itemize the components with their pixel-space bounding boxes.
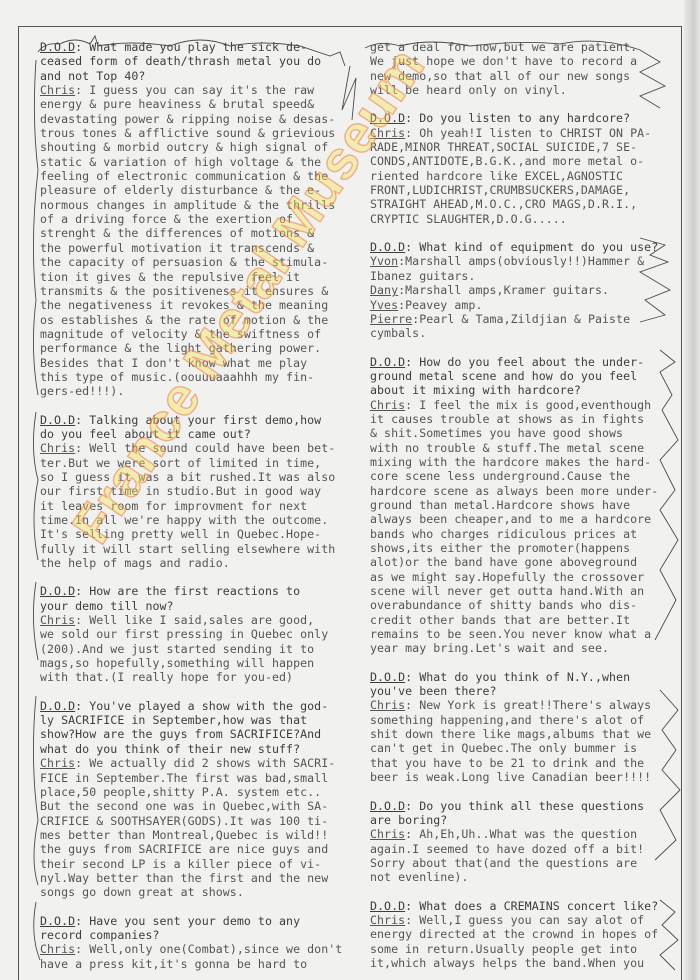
answer-line: have a press kit,it's gonna be hard to [40,957,358,971]
question-line: D.O.D: What does a CREMAINS concert like… [370,899,680,913]
answer-text: energy directed at the crownd in hopes o… [370,927,658,941]
question-text: : How do you feel about the under- [405,355,644,369]
question-text: : What kind of equipment do you use? [405,240,658,254]
right-column: get a deal for now,but we are patient.We… [370,40,680,980]
question-line: ceased form of death/thrash metal you do [40,54,358,68]
answer-line: Chris: Well like I said,sales are good, [40,613,358,627]
question-line: show?How are the guys from SACRIFICE?And [40,727,358,741]
answer-line: credit other bands that are better.It [370,613,680,627]
answer-text: the negativeness it revokes & the meanin… [40,298,328,312]
answer-text: transmits & the positiveness it ensures … [40,284,328,298]
answer-line: with no trouble & stuff.The metal scene [370,441,680,455]
answer-line: shows,its either the promoter(happens [370,541,680,555]
speaker-label: Yvon [370,254,398,268]
answer-line: CONDS,ANTIDOTE,B.G.K.,and more metal o- [370,154,680,168]
answer-text: Sorry about that(and the questions are [370,856,637,870]
answer-line: pleasure of elderly disturbance & the e- [40,183,358,197]
answer-text: : New York is great!!There's always [405,698,651,712]
answer-line: STRAIGHT AHEAD,M.O.C.,CRO MAGS,D.R.I., [370,197,680,211]
answer-text: have a press kit,it's gonna be hard to [40,957,307,971]
answer-text: core scene less underground.Cause the [370,469,630,483]
answer-text: year may bring.Let's wait and see. [370,641,609,655]
answer-line: always been cheaper,and to me a hardcore [370,512,680,526]
answer-text: CRIFICE & SOOTHSAYER(GODS).It was 100 ti… [40,814,328,828]
answer-text: : Oh yeah!I listen to CHRIST ON PA- [405,126,651,140]
answer-line: the guys from SACRIFICE are nice guys an… [40,842,358,856]
answer-text: again.I seemed to have dozed off a bit! [370,842,644,856]
answer-text: magnitude of velocity & the swiftness of [40,327,321,341]
question-text: : Do you think all these questions [405,799,644,813]
question-text: : How are the first reactions to [75,584,300,598]
speaker-label: Chris [40,756,75,770]
question-line: D.O.D: Do you think all these questions [370,799,680,813]
answer-line: the help of mags and radio. [40,556,358,570]
answer-text: new demo,so that all of our new songs [370,69,630,83]
answer-text: hardcore scene as always been more under… [370,484,658,498]
answer-line: get a deal for now,but we are patient. [370,40,680,54]
answer-line: as we might say.Hopefully the crossover [370,570,680,584]
question-text: : You've played a show with the god- [75,699,328,713]
speaker-label: Chris [40,441,75,455]
answer-text: : Well,I guess you can say alot of [405,913,644,927]
question-line: your demo till now? [40,599,358,613]
question-text: and not Top 40? [40,69,145,83]
question-text: show?How are the guys from SACRIFICE?And [40,727,321,741]
question-text: your demo till now? [40,599,174,613]
question-text: : What made you play the sick de- [75,40,307,54]
interview-block: D.O.D: Have you sent your demo to anyrec… [40,914,358,971]
answer-line: CRYPTIC SLAUGHTER,D.O.G..... [370,212,680,226]
answer-text: the guys from SACRIFICE are nice guys an… [40,842,328,856]
answer-text: & shit.Sometimes you have good shows [370,426,623,440]
question-line: are boring? [370,813,680,827]
question-line: ground metal scene and how do you feel [370,369,680,383]
answer-text: place,50 people,shitty P.A. system etc.. [40,785,321,799]
answer-line: Chris: Well,only one(Combat),since we do… [40,942,358,956]
speaker-label: D.O.D [40,584,75,598]
speaker-label: D.O.D [370,240,405,254]
answer-line: Chris: Ah,Eh,Uh..What was the question [370,827,680,841]
answer-text: devastating power & ripping noise & desa… [40,112,335,126]
answer-line: Chris: Oh yeah!I listen to CHRIST ON PA- [370,126,680,140]
answer-text: CONDS,ANTIDOTE,B.G.K.,and more metal o- [370,154,644,168]
answer-line: static & variation of high voltage & the [40,155,358,169]
answer-line: ter.But we were sort of limited in time, [40,456,358,470]
answer-text: their second LP is a killer piece of vi- [40,857,321,871]
answer-line: the negativeness it revokes & the meanin… [40,298,358,312]
answer-line: core scene less underground.Cause the [370,469,680,483]
answer-text: something happening,and there's alot of [370,713,644,727]
answer-line: But the second one was in Quebec,with SA… [40,799,358,813]
answer-line: magnitude of velocity & the swiftness of [40,327,358,341]
answer-text: :Marshall amps,Kramer guitars. [398,283,609,297]
answer-line: it causes trouble at shows as in fights [370,412,680,426]
answer-text: : I guess you can say it's the raw [75,83,314,97]
speaker-label: Chris [370,698,405,712]
answer-text: so I guess it was a bit rushed.It was al… [40,470,335,484]
answer-text: mixing with the hardcore makes the hard- [370,455,651,469]
answer-line: we sold our first pressing in Quebec onl… [40,627,358,641]
speaker-label: D.O.D [370,355,405,369]
answer-text: : Ah,Eh,Uh..What was the question [405,827,637,841]
answer-line: energy directed at the crownd in hopes o… [370,927,680,941]
question-line: record companies? [40,928,358,942]
answer-text: It's selling pretty well in Quebec.Hope- [40,527,321,541]
answer-text: gers-ed!!!). [40,384,124,398]
answer-line: FRONT,LUDICHRIST,CRUMBSUCKERS,DAMAGE, [370,183,680,197]
answer-line: this type of music.(oouuuaaahhh my fin- [40,370,358,384]
question-line: D.O.D: How do you feel about the under- [370,355,680,369]
answer-text: songs go down great at shows. [40,885,244,899]
speaker-label: D.O.D [40,413,75,427]
answer-text: CRYPTIC SLAUGHTER,D.O.G..... [370,212,567,226]
page-edge-shadow [684,0,700,980]
answer-line: something happening,and there's alot of [370,713,680,727]
speaker-label: Chris [40,83,75,97]
speaker-label: D.O.D [370,799,405,813]
answer-text: scene will never get outta hand.With an [370,584,644,598]
answer-text: : Well like I said,sales are good, [75,613,314,627]
answer-text: : We actually did 2 shows with SACRI- [75,756,335,770]
answer-text: of a driving force & the exertion of [40,212,293,226]
question-line: ly SACRIFICE in September,how was that [40,713,358,727]
answer-text: with no trouble & stuff.The metal scene [370,441,644,455]
answer-text: cymbals. [370,326,426,340]
speaker-label: Chris [370,398,405,412]
speaker-label: Chris [40,613,75,627]
speaker-label: Pierre [370,312,412,326]
answer-text: can't get in Quebec.The only bummer is [370,741,637,755]
interview-block: D.O.D: What do you think of N.Y.,whenyou… [370,670,680,785]
answer-line: so I guess it was a bit rushed.It was al… [40,470,358,484]
answer-text: ter.But we were sort of limited in time, [40,456,321,470]
interview-block: D.O.D: How do you feel about the under-g… [370,355,680,656]
speaker-label: Chris [370,126,405,140]
answer-text: FICE in September.The first was bad,smal… [40,771,328,785]
question-text: you've been there? [370,684,497,698]
answer-text: always been cheaper,and to me a hardcore [370,512,651,526]
answer-text: this type of music.(oouuuaaahhh my fin- [40,370,314,384]
answer-text: We just hope we don't have to record a [370,54,637,68]
answer-text: : Well the sound could have been bet- [75,441,335,455]
speaker-label: D.O.D [40,914,75,928]
left-column: D.O.D: What made you play the sick de-ce… [40,40,358,980]
interview-block: D.O.D: How are the first reactions toyou… [40,584,358,684]
answer-line: Yves:Peavey amp. [370,298,680,312]
interview-block: D.O.D: Talking about your first demo,how… [40,413,358,571]
interview-block: D.O.D: Do you listen to any hardcore?Chr… [370,111,680,226]
answer-line: FICE in September.The first was bad,smal… [40,771,358,785]
question-line: D.O.D: Do you listen to any hardcore? [370,111,680,125]
answer-text: shows,its either the promoter(happens [370,541,630,555]
answer-text: not evenline). [370,870,468,884]
answer-line: transmits & the positiveness it ensures … [40,284,358,298]
answer-line: Chris: Well,I guess you can say alot of [370,913,680,927]
answer-line: alot)or the band have gone aboveground [370,555,680,569]
question-text: : Talking about your first demo,how [75,413,321,427]
answer-line: Pierre:Pearl & Tama,Zildjian & Paiste [370,312,680,326]
answer-line: Chris: We actually did 2 shows with SACR… [40,756,358,770]
answer-text: RADE,MINOR THREAT,SOCIAL SUICIDE,7 SE- [370,140,637,154]
answer-line: RADE,MINOR THREAT,SOCIAL SUICIDE,7 SE- [370,140,680,154]
answer-text: alot)or the band have gone aboveground [370,555,637,569]
answer-line: shit down there like mags,albums that we [370,727,680,741]
question-line: D.O.D: What do you think of N.Y.,when [370,670,680,684]
answer-text: shouting & morbid outcry & high signal o… [40,140,328,154]
answer-line: mixing with the hardcore makes the hard- [370,455,680,469]
answer-line: Chris: Well the sound could have been be… [40,441,358,455]
answer-line: it leaves room for improvment for next [40,499,358,513]
answer-line: some in return.Usually people get into [370,942,680,956]
answer-line: energy & pure heaviness & brutal speed& [40,97,358,111]
answer-line: CRIFICE & SOOTHSAYER(GODS).It was 100 ti… [40,814,358,828]
answer-line: not evenline). [370,870,680,884]
question-line: do you feel about it came out? [40,427,358,441]
answer-line: strenght & the differences of motions & [40,226,358,240]
answer-text: remains to be seen.You never know what a [370,627,651,641]
answer-text: it causes trouble at shows as in fights [370,412,644,426]
answer-text: (200).And we just started sending it to [40,642,314,656]
answer-text: the capacity of persuasion & the stimula… [40,255,328,269]
answer-line: cymbals. [370,326,680,340]
answer-text: our first time in studio.But in good way [40,484,321,498]
answer-line: fully it will start selling elsewhere wi… [40,542,358,556]
question-line: D.O.D: What kind of equipment do you use… [370,240,680,254]
answer-text: feeling of electronic communication & th… [40,169,328,183]
answer-line: songs go down great at shows. [40,885,358,899]
question-text: are boring? [370,813,447,827]
question-line: and not Top 40? [40,69,358,83]
answer-line: beer is weak.Long live Canadian beer!!!! [370,770,680,784]
answer-line: gers-ed!!!). [40,384,358,398]
answer-text: : I feel the mix is good,eventhough [405,398,651,412]
answer-line: Ibanez guitars. [370,269,680,283]
question-line: D.O.D: Talking about your first demo,how [40,413,358,427]
answer-line: bands who charges ridiculous prices at [370,527,680,541]
interview-block: D.O.D: What made you play the sick de-ce… [40,40,358,399]
speaker-label: D.O.D [370,670,405,684]
answer-line: nyl.Way better than the first and the ne… [40,871,358,885]
speaker-label: Yves [370,298,398,312]
answer-line: their second LP is a killer piece of vi- [40,857,358,871]
answer-text: :Marshall amps(obviously!!)Hammer & [398,254,644,268]
answer-line: mags,so hopefully,something will happen [40,656,358,670]
question-line: you've been there? [370,684,680,698]
answer-line: performance & the light gathering power. [40,341,358,355]
answer-text: nyl.Way better than the first and the ne… [40,871,328,885]
answer-line: scene will never get outta hand.With an [370,584,680,598]
question-text: : Have you sent your demo to any [75,914,300,928]
question-text: : What does a CREMAINS concert like? [405,899,658,913]
answer-line: the powerful motivation it transcends & [40,241,358,255]
speaker-label: Chris [370,913,405,927]
answer-line: will be heard only on vinyl. [370,83,680,97]
answer-text: ground than metal.Hardcore shows have [370,498,630,512]
answer-text: the help of mags and radio. [40,556,230,570]
speaker-label: Chris [370,827,405,841]
answer-line: hardcore scene as always been more under… [370,484,680,498]
answer-line: that you have to be 21 to drink and the [370,756,680,770]
answer-text: will be heard only on vinyl. [370,83,567,97]
answer-text: STRAIGHT AHEAD,M.O.C.,CRO MAGS,D.R.I., [370,197,637,211]
interview-block: D.O.D: You've played a show with the god… [40,699,358,900]
question-text: do you feel about it came out? [40,427,251,441]
answer-text: it leaves room for improvment for next [40,499,307,513]
answer-text: But the second one was in Quebec,with SA… [40,799,328,813]
answer-text: pleasure of elderly disturbance & the e- [40,183,321,197]
answer-line: devastating power & ripping noise & desa… [40,112,358,126]
answer-line: Sorry about that(and the questions are [370,856,680,870]
answer-text: energy & pure heaviness & brutal speed& [40,97,314,111]
answer-line: & shit.Sometimes you have good shows [370,426,680,440]
speaker-label: D.O.D [370,111,405,125]
question-text: record companies? [40,928,160,942]
answer-text: fully it will start selling elsewhere wi… [40,542,335,556]
answer-line: our first time in studio.But in good way [40,484,358,498]
answer-line: the capacity of persuasion & the stimula… [40,255,358,269]
answer-text: FRONT,LUDICHRIST,CRUMBSUCKERS,DAMAGE, [370,183,630,197]
answer-text: shit down there like mags,albums that we [370,727,651,741]
answer-text: credit other bands that are better.It [370,613,630,627]
question-line: D.O.D: You've played a show with the god… [40,699,358,713]
answer-text: tion it gives & the repulsive feel it [40,270,300,284]
answer-line: of a driving force & the exertion of [40,212,358,226]
question-text: : Do you listen to any hardcore? [405,111,630,125]
answer-line: tion it gives & the repulsive feel it [40,270,358,284]
answer-text: normous changes in amplitude & the thril… [40,198,335,212]
answer-line: normous changes in amplitude & the thril… [40,198,358,212]
speaker-label: D.O.D [370,899,405,913]
answer-line: mes better than Montreal,Quebec is wild!… [40,828,358,842]
answer-text: it,which always helps the band.When you [370,956,644,970]
answer-line: We just hope we don't have to record a [370,54,680,68]
answer-text: the powerful motivation it transcends & [40,241,314,255]
answer-text: bands who charges ridiculous prices at [370,527,637,541]
interview-block: D.O.D: What does a CREMAINS concert like… [370,899,680,971]
answer-line: Besides that I don't know what me play [40,356,358,370]
answer-text: beer is weak.Long live Canadian beer!!!! [370,770,651,784]
question-text: : What do you think of N.Y.,when [405,670,630,684]
answer-line: can't get in Quebec.The only bummer is [370,741,680,755]
answer-line: new demo,so that all of our new songs [370,69,680,83]
question-text: what do you think of their new stuff? [40,742,300,756]
answer-text: mags,so hopefully,something will happen [40,656,314,670]
question-text: about it mixing with hardcore? [370,383,581,397]
answer-text: trous tones & afflictive sound & grievio… [40,126,335,140]
question-line: about it mixing with hardcore? [370,383,680,397]
answer-line: Chris: I guess you can say it's the raw [40,83,358,97]
answer-text: : Well,only one(Combat),since we don't [75,942,342,956]
answer-text: :Pearl & Tama,Zildjian & Paiste [412,312,630,326]
answer-text: Besides that I don't know what me play [40,356,307,370]
answer-line: overabundance of shitty bands who dis- [370,598,680,612]
answer-line: again.I seemed to have dozed off a bit! [370,842,680,856]
answer-line: time.In all we're happy with the outcome… [40,513,358,527]
answer-line: Chris: New York is great!!There's always [370,698,680,712]
answer-line: ground than metal.Hardcore shows have [370,498,680,512]
answer-text: os establishes & the rate of motion & th… [40,313,328,327]
answer-line: riented hardcore like EXCEL,AGNOSTIC [370,169,680,183]
answer-text: :Peavey amp. [398,298,482,312]
answer-text: strenght & the differences of motions & [40,226,314,240]
answer-text: overabundance of shitty bands who dis- [370,598,637,612]
answer-text: mes better than Montreal,Quebec is wild!… [40,828,328,842]
answer-line: (200).And we just started sending it to [40,642,358,656]
question-text: ly SACRIFICE in September,how was that [40,713,307,727]
answer-text: as we might say.Hopefully the crossover [370,570,644,584]
answer-line: trous tones & afflictive sound & grievio… [40,126,358,140]
answer-text: static & variation of high voltage & the [40,155,321,169]
question-line: D.O.D: What made you play the sick de- [40,40,358,54]
question-line: D.O.D: Have you sent your demo to any [40,914,358,928]
answer-text: performance & the light gathering power. [40,341,321,355]
answer-line: with that.(I really hope for you-ed) [40,670,358,684]
answer-line: year may bring.Let's wait and see. [370,641,680,655]
answer-line: place,50 people,shitty P.A. system etc.. [40,785,358,799]
answer-line: Chris: I feel the mix is good,eventhough [370,398,680,412]
speaker-label: Dany [370,283,398,297]
answer-line: os establishes & the rate of motion & th… [40,313,358,327]
answer-text: that you have to be 21 to drink and the [370,756,644,770]
answer-text: riented hardcore like EXCEL,AGNOSTIC [370,169,623,183]
answer-text: time.In all we're happy with the outcome… [40,513,328,527]
answer-line: remains to be seen.You never know what a [370,627,680,641]
answer-text: Ibanez guitars. [370,269,475,283]
interview-block: D.O.D: What kind of equipment do you use… [370,240,680,340]
answer-line: Dany:Marshall amps,Kramer guitars. [370,283,680,297]
interview-block: D.O.D: Do you think all these questionsa… [370,799,680,885]
answer-text: get a deal for now,but we are patient. [370,40,637,54]
speaker-label: D.O.D [40,699,75,713]
question-text: ceased form of death/thrash metal you do [40,54,321,68]
answer-text: we sold our first pressing in Quebec onl… [40,627,328,641]
answer-text: with that.(I really hope for you-ed) [40,670,293,684]
question-line: what do you think of their new stuff? [40,742,358,756]
question-line: D.O.D: How are the first reactions to [40,584,358,598]
speaker-label: Chris [40,942,75,956]
interview-block: get a deal for now,but we are patient.We… [370,40,680,97]
question-text: ground metal scene and how do you feel [370,369,637,383]
speaker-label: D.O.D [40,40,75,54]
answer-line: shouting & morbid outcry & high signal o… [40,140,358,154]
answer-line: It's selling pretty well in Quebec.Hope- [40,527,358,541]
answer-line: it,which always helps the band.When you [370,956,680,970]
answer-line: feeling of electronic communication & th… [40,169,358,183]
answer-line: Yvon:Marshall amps(obviously!!)Hammer & [370,254,680,268]
answer-text: some in return.Usually people get into [370,942,637,956]
